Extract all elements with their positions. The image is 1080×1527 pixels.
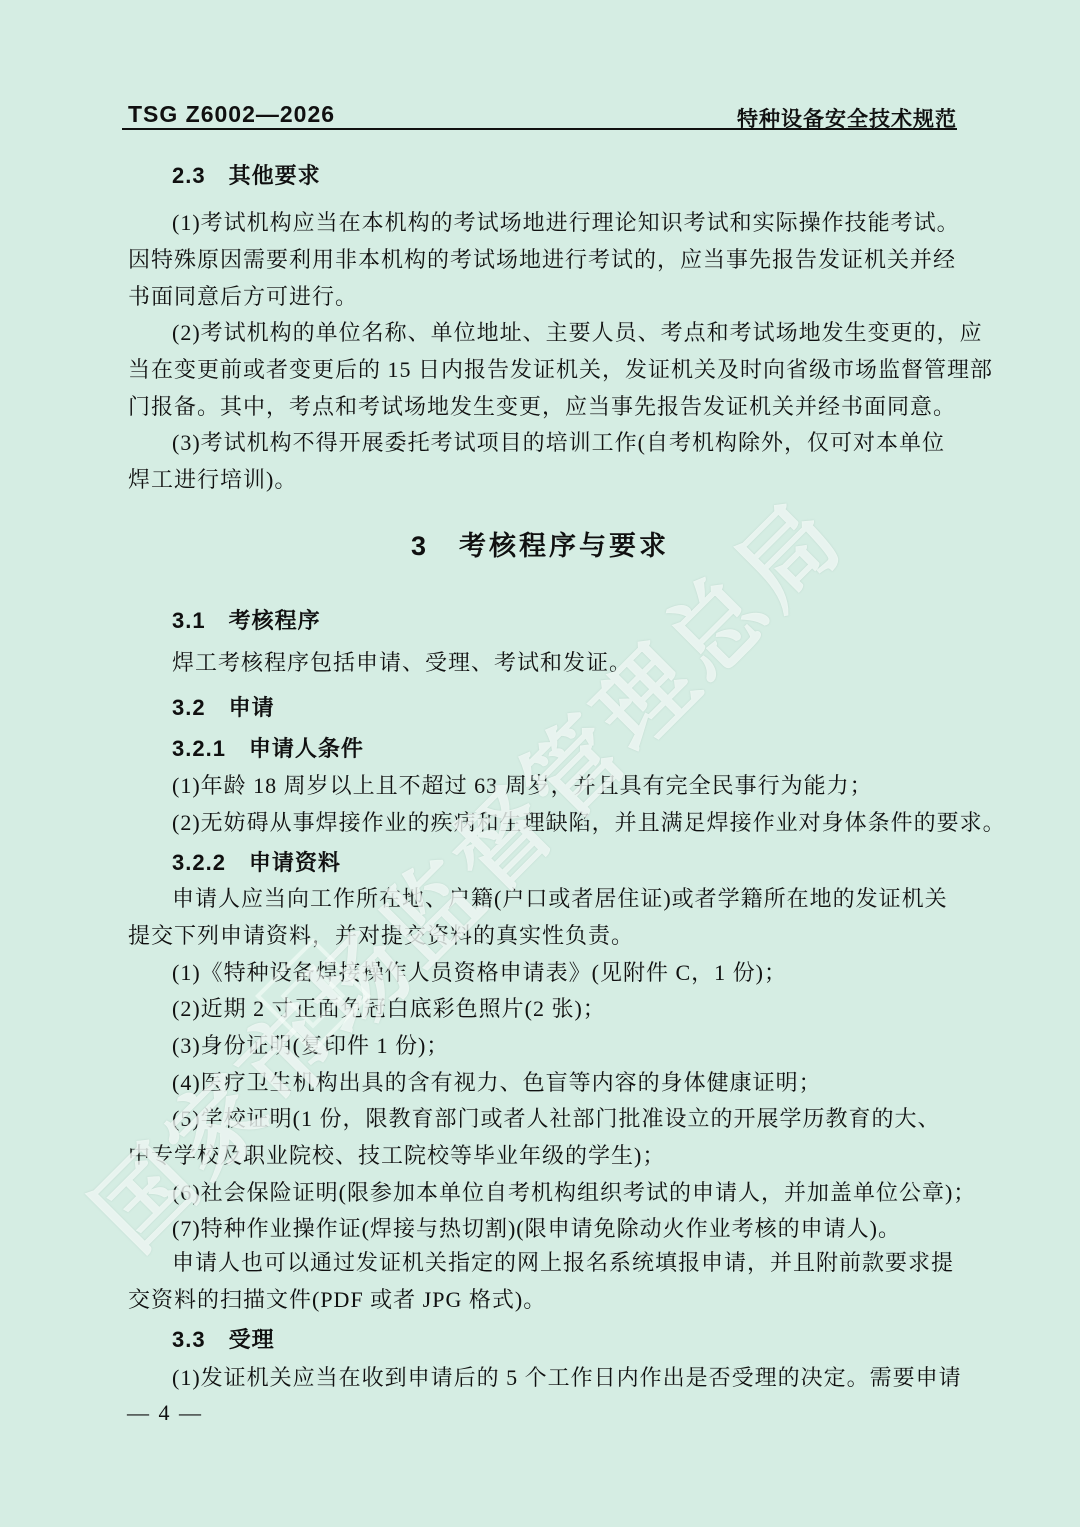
header-divider	[122, 128, 957, 130]
text-line: 焊工进行培训)。	[128, 467, 297, 492]
text-line: 提交下列申请资料，并对提交资料的真实性负责。	[128, 923, 634, 948]
text-line: (2)考试机构的单位名称、单位地址、主要人员、考点和考试场地发生变更的，应	[172, 320, 983, 345]
heading-2-3: 2.3 其他要求	[172, 163, 321, 188]
heading-3-2-2: 3.2.2 申请资料	[172, 850, 341, 875]
text-line: (5)学校证明(1 份，限教育部门或者人社部门批准设立的开展学历教育的大、	[172, 1106, 940, 1131]
text-line: (1)发证机关应当在收到申请后的 5 个工作日内作出是否受理的决定。需要申请	[172, 1365, 962, 1390]
text-line: (3)身份证明(复印件 1 份)；	[172, 1033, 449, 1058]
text-line: (2)近期 2 寸正面免冠白底彩色照片(2 张)；	[172, 996, 606, 1021]
heading-3-1: 3.1 考核程序	[172, 608, 321, 633]
text-line: (6)社会保险证明(限参加本单位自考机构组织考试的申请人，并加盖单位公章)；	[172, 1180, 976, 1205]
text-line: 门报备。其中，考点和考试场地发生变更，应当事先报告发证机关并经书面同意。	[128, 394, 956, 419]
text-line: (4)医疗卫生机构出具的含有视力、色盲等内容的身体健康证明；	[172, 1070, 822, 1095]
text-line: 因特殊原因需要利用非本机构的考试场地进行考试的，应当事先报告发证机关并经	[128, 247, 956, 272]
text-line: 焊工考核程序包括申请、受理、考试和发证。	[172, 650, 632, 675]
text-line: (2)无妨碍从事焊接作业的疾病和生理缺陷，并且满足焊接作业对身体条件的要求。	[172, 810, 1006, 835]
text-line: (1)考试机构应当在本机构的考试场地进行理论知识考试和实际操作技能考试。	[172, 210, 960, 235]
text-line: 申请人也可以通过发证机关指定的网上报名系统填报申请，并且附前款要求提	[172, 1250, 954, 1275]
text-line: 书面同意后方可进行。	[128, 284, 358, 309]
document-page: TSG Z6002—2026 特种设备安全技术规范 2.3 其他要求 (1)考试…	[0, 0, 1080, 1527]
text-line: 当在变更前或者变更后的 15 日内报告发证机关，发证机关及时向省级市场监督管理部	[128, 357, 993, 382]
text-line: (1)年龄 18 周岁以上且不超过 63 周岁，并且具有完全民事行为能力；	[172, 773, 873, 798]
text-line: (3)考试机构不得开展委托考试项目的培训工作(自考机构除外，仅可对本单位	[172, 430, 945, 455]
heading-3-2-1: 3.2.1 申请人条件	[172, 736, 364, 761]
text-line: 申请人应当向工作所在地、户籍(户口或者居住证)或者学籍所在地的发证机关	[172, 886, 948, 911]
heading-chapter-3: 3 考核程序与要求	[0, 531, 1080, 562]
text-line: 中专学校及职业院校、技工院校等毕业年级的学生)；	[128, 1143, 665, 1168]
text-line: (1)《特种设备焊接操作人员资格申请表》(见附件 C，1 份)；	[172, 960, 787, 985]
heading-3-2: 3.2 申请	[172, 695, 275, 720]
header-doc-code: TSG Z6002—2026	[128, 101, 335, 128]
heading-3-3: 3.3 受理	[172, 1327, 275, 1352]
page-number: — 4 —	[127, 1400, 203, 1426]
text-line: (7)特种作业操作证(焊接与热切割)(限申请免除动火作业考核的申请人)。	[172, 1216, 901, 1241]
text-line: 交资料的扫描文件(PDF 或者 JPG 格式)。	[128, 1287, 546, 1312]
